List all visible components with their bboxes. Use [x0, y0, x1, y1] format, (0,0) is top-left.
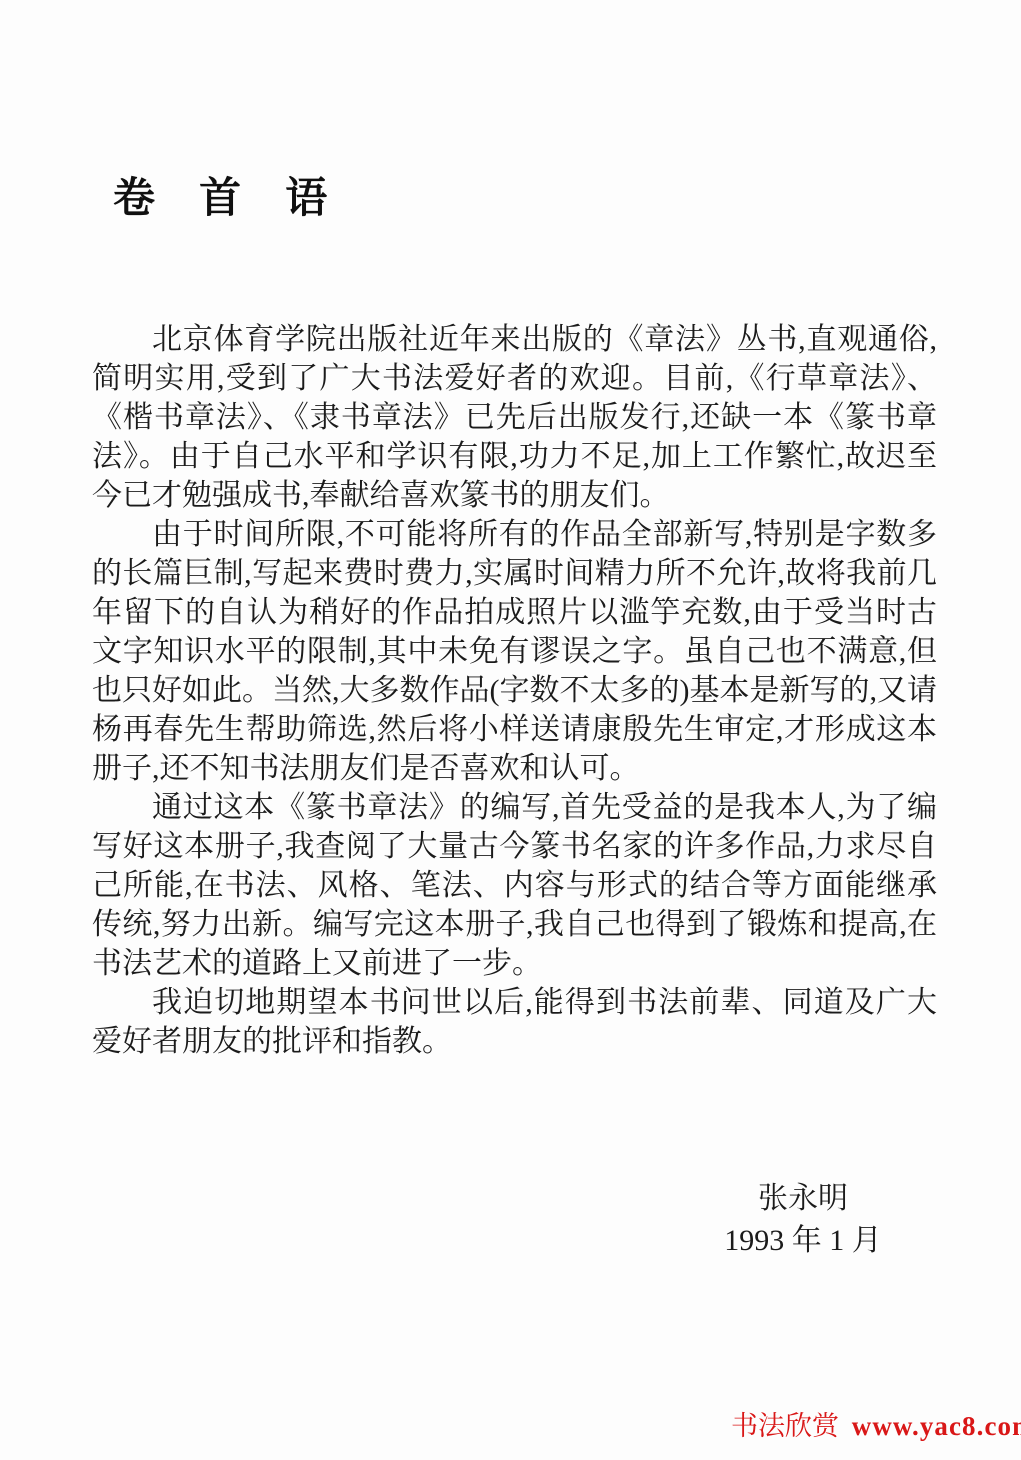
preface-body: 北京体育学院出版社近年来出版的《章法》丛书,直观通俗,简明实用,受到了广大书法爱… — [92, 320, 937, 1061]
preface-paragraph: 我迫切地期望本书问世以后,能得到书法前辈、同道及广大爱好者朋友的批评和指教。 — [92, 983, 937, 1061]
watermark: 书法欣赏 www.yac8.com — [731, 1410, 1021, 1442]
preface-paragraph: 由于时间所限,不可能将所有的作品全部新写,特别是字数多的长篇巨制,写起来费时费力… — [92, 515, 937, 788]
preface-paragraph: 北京体育学院出版社近年来出版的《章法》丛书,直观通俗,简明实用,受到了广大书法爱… — [92, 320, 937, 515]
watermark-site-name: 书法欣赏 — [731, 1411, 839, 1441]
author-name: 张永明 — [653, 1178, 953, 1220]
preface-paragraph: 通过这本《篆书章法》的编写,首先受益的是我本人,为了编写好这本册子,我查阅了大量… — [92, 788, 937, 983]
page-title: 卷首语 — [113, 174, 371, 222]
signature-block: 张永明 1993 年 1 月 — [653, 1178, 953, 1262]
watermark-site-url: www.yac8.com — [852, 1411, 1021, 1441]
scanned-book-page: 卷首语 北京体育学院出版社近年来出版的《章法》丛书,直观通俗,简明实用,受到了广… — [0, 0, 1021, 1460]
signature-date: 1993 年 1 月 — [653, 1220, 953, 1262]
